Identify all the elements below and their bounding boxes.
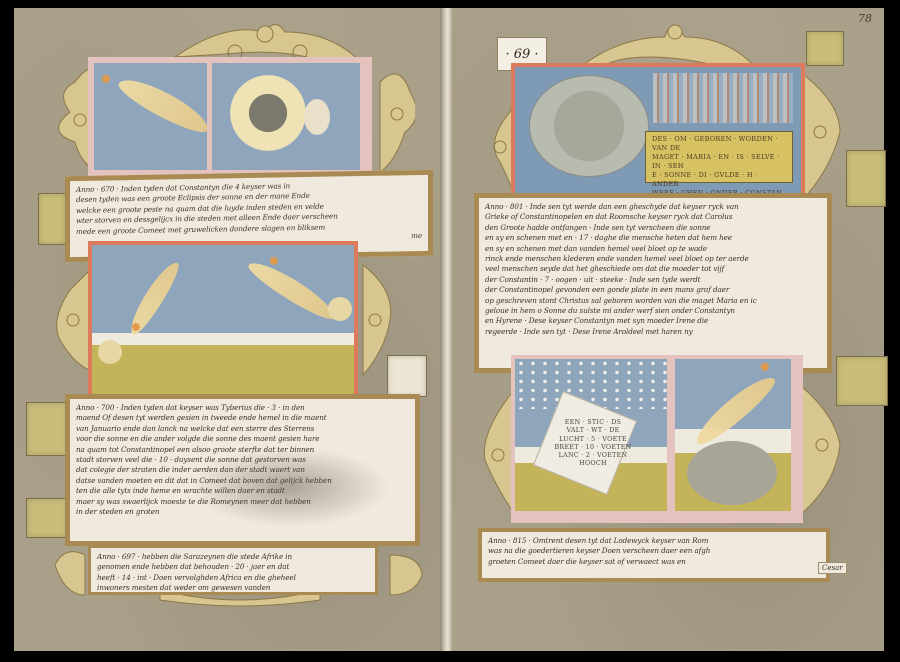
entry-line: Anno · 815 · Omtrent desen tyt dat Lodew… <box>488 536 820 546</box>
inscription-line: BREET · 10 · VOETEN <box>553 444 633 452</box>
marginal-tab <box>26 402 68 456</box>
entry-line: voor die sonne en die ander volgde die s… <box>76 434 409 444</box>
small-sun-icon <box>328 297 352 321</box>
entry-line: heeft · 14 · int · Doen vervolghden Afri… <box>97 573 369 583</box>
entry-line: Anno · 801 · Inde sen tyt werde dan een … <box>485 202 821 212</box>
entry-line: veel menschen seyde dat het gheschiede o… <box>485 264 821 274</box>
stone-inscription: EEN · STIC · DS VALT · WT · DE LUCHT · 5… <box>553 419 633 469</box>
star-icon: ✸ <box>759 361 771 375</box>
entry-line: rinck ende menschen klederen ende vanden… <box>485 254 821 264</box>
crescent-moon-icon <box>304 99 330 135</box>
illustration-comet-eclipse: ✸ <box>88 57 372 180</box>
chronicle-entry-700: Anno · 700 · Inden tyden dat keyser was … <box>65 394 420 546</box>
illustration-inscription: DES · OM · GEBOREN · WORDEN · VAN DE MAG… <box>645 131 793 183</box>
star-icon: ✸ <box>130 321 142 335</box>
entry-line: genomen ende hebben dat behouden · 20 · … <box>97 562 369 572</box>
entry-line: en Hyrene · Dese keyser Constantyn met s… <box>485 316 821 326</box>
star-icon: ✸ <box>100 73 112 87</box>
illustration-panel-comet: ✸ <box>94 63 207 170</box>
inscription-line: HOOCH <box>553 460 633 468</box>
entry-line: geloue in hem o Sonne du sulste mi ander… <box>485 306 821 316</box>
illustration-two-comets: ✸ ✸ <box>88 241 358 399</box>
inscription-line: MAGET · MARIA · EN · IS · SELVE · IN · S… <box>652 153 786 171</box>
illustration-panel-sky: ✸ ✸ <box>92 245 354 395</box>
marginal-tab <box>26 498 68 538</box>
inscription-line: DES · OM · GEBOREN · WORDEN · VAN DE <box>652 135 786 153</box>
inscription-line: E · SONNE · DI · GVLDE · H · ANDER <box>652 171 786 189</box>
comet-icon <box>114 71 207 139</box>
entry-line: der Constantin · 7 · oogen · uit · steek… <box>485 275 821 285</box>
illustration-panel-comet-boulder: ✸ <box>675 359 791 511</box>
boulder-icon <box>687 441 777 505</box>
catchword: Cesar <box>818 562 847 574</box>
entry-line: inwoners mesten dat weder om gewesen van… <box>97 583 369 593</box>
entry-line: en sy en schenen met dan vanden hemel ve… <box>485 244 821 254</box>
illustration-sun-and-crowd: DES · OM · GEBOREN · WORDEN · VAN DE MAG… <box>511 63 805 203</box>
entry-line: op geschreven stont Christus sal geboren… <box>485 296 821 306</box>
inscription-line: LUCHT · 5 · VOETE <box>553 436 633 444</box>
crowd-of-figures <box>653 73 793 123</box>
small-sun-icon <box>98 340 122 364</box>
entry-line: regeerde · Inde sen tyt · Dese Irene Aro… <box>485 327 821 337</box>
inscription-line: EEN · STIC · DS <box>553 419 633 427</box>
radiant-sun-face-icon <box>529 75 649 177</box>
entry-line: maend Of desen tyt werden gesien in twee… <box>76 413 409 423</box>
entry-line: van Januario ende dan lanck na welcke da… <box>76 424 409 434</box>
illustration-panel-stone: EEN · STIC · DS VALT · WT · DE LUCHT · 5… <box>515 359 667 511</box>
marginal-tab <box>846 150 886 207</box>
inscription-line: LANC · 2 · VOETEN <box>553 452 633 460</box>
chronicle-entry-801: Anno · 801 · Inde sen tyt werde dan een … <box>474 193 832 373</box>
chronicle-entry-815: Anno · 815 · Omtrent desen tyt dat Lodew… <box>478 528 830 582</box>
entry-line: Grieke of Constantinopelen en dat Roomsc… <box>485 212 821 222</box>
inscription-line: VALT · WT · DE <box>553 427 633 435</box>
entry-line: groeten Comeet daer die keyser sat of ve… <box>488 557 820 567</box>
entry-line: den Groote hadde ontfangen · Inde sen ty… <box>485 223 821 233</box>
illustration-fallen-stone-comet: EEN · STIC · DS VALT · WT · DE LUCHT · 5… <box>511 355 803 523</box>
ground <box>92 345 354 395</box>
entry-line: Anno · 697 · hebben die Sarazeynen die s… <box>97 552 369 562</box>
chronicle-entry-697: Anno · 697 · hebben die Sarazeynen die s… <box>88 545 378 595</box>
eclipsed-sun-icon <box>230 75 306 151</box>
entry-line: was na die goedertieren keyser Doen vers… <box>488 546 820 556</box>
entry-line: Anno · 700 · Inden tyden dat keyser was … <box>76 403 409 413</box>
marginal-tab <box>38 193 66 245</box>
entry-line: en sy en schenen met en · 17 · daghe die… <box>485 233 821 243</box>
star-icon: ✸ <box>268 255 280 269</box>
entry-line: der Constantinopel gevonden een gonde pl… <box>485 285 821 295</box>
folio-number: 78 <box>858 12 872 25</box>
comet-icon <box>244 255 339 325</box>
illustration-panel-eclipse <box>212 63 360 170</box>
water-stain <box>190 447 390 527</box>
